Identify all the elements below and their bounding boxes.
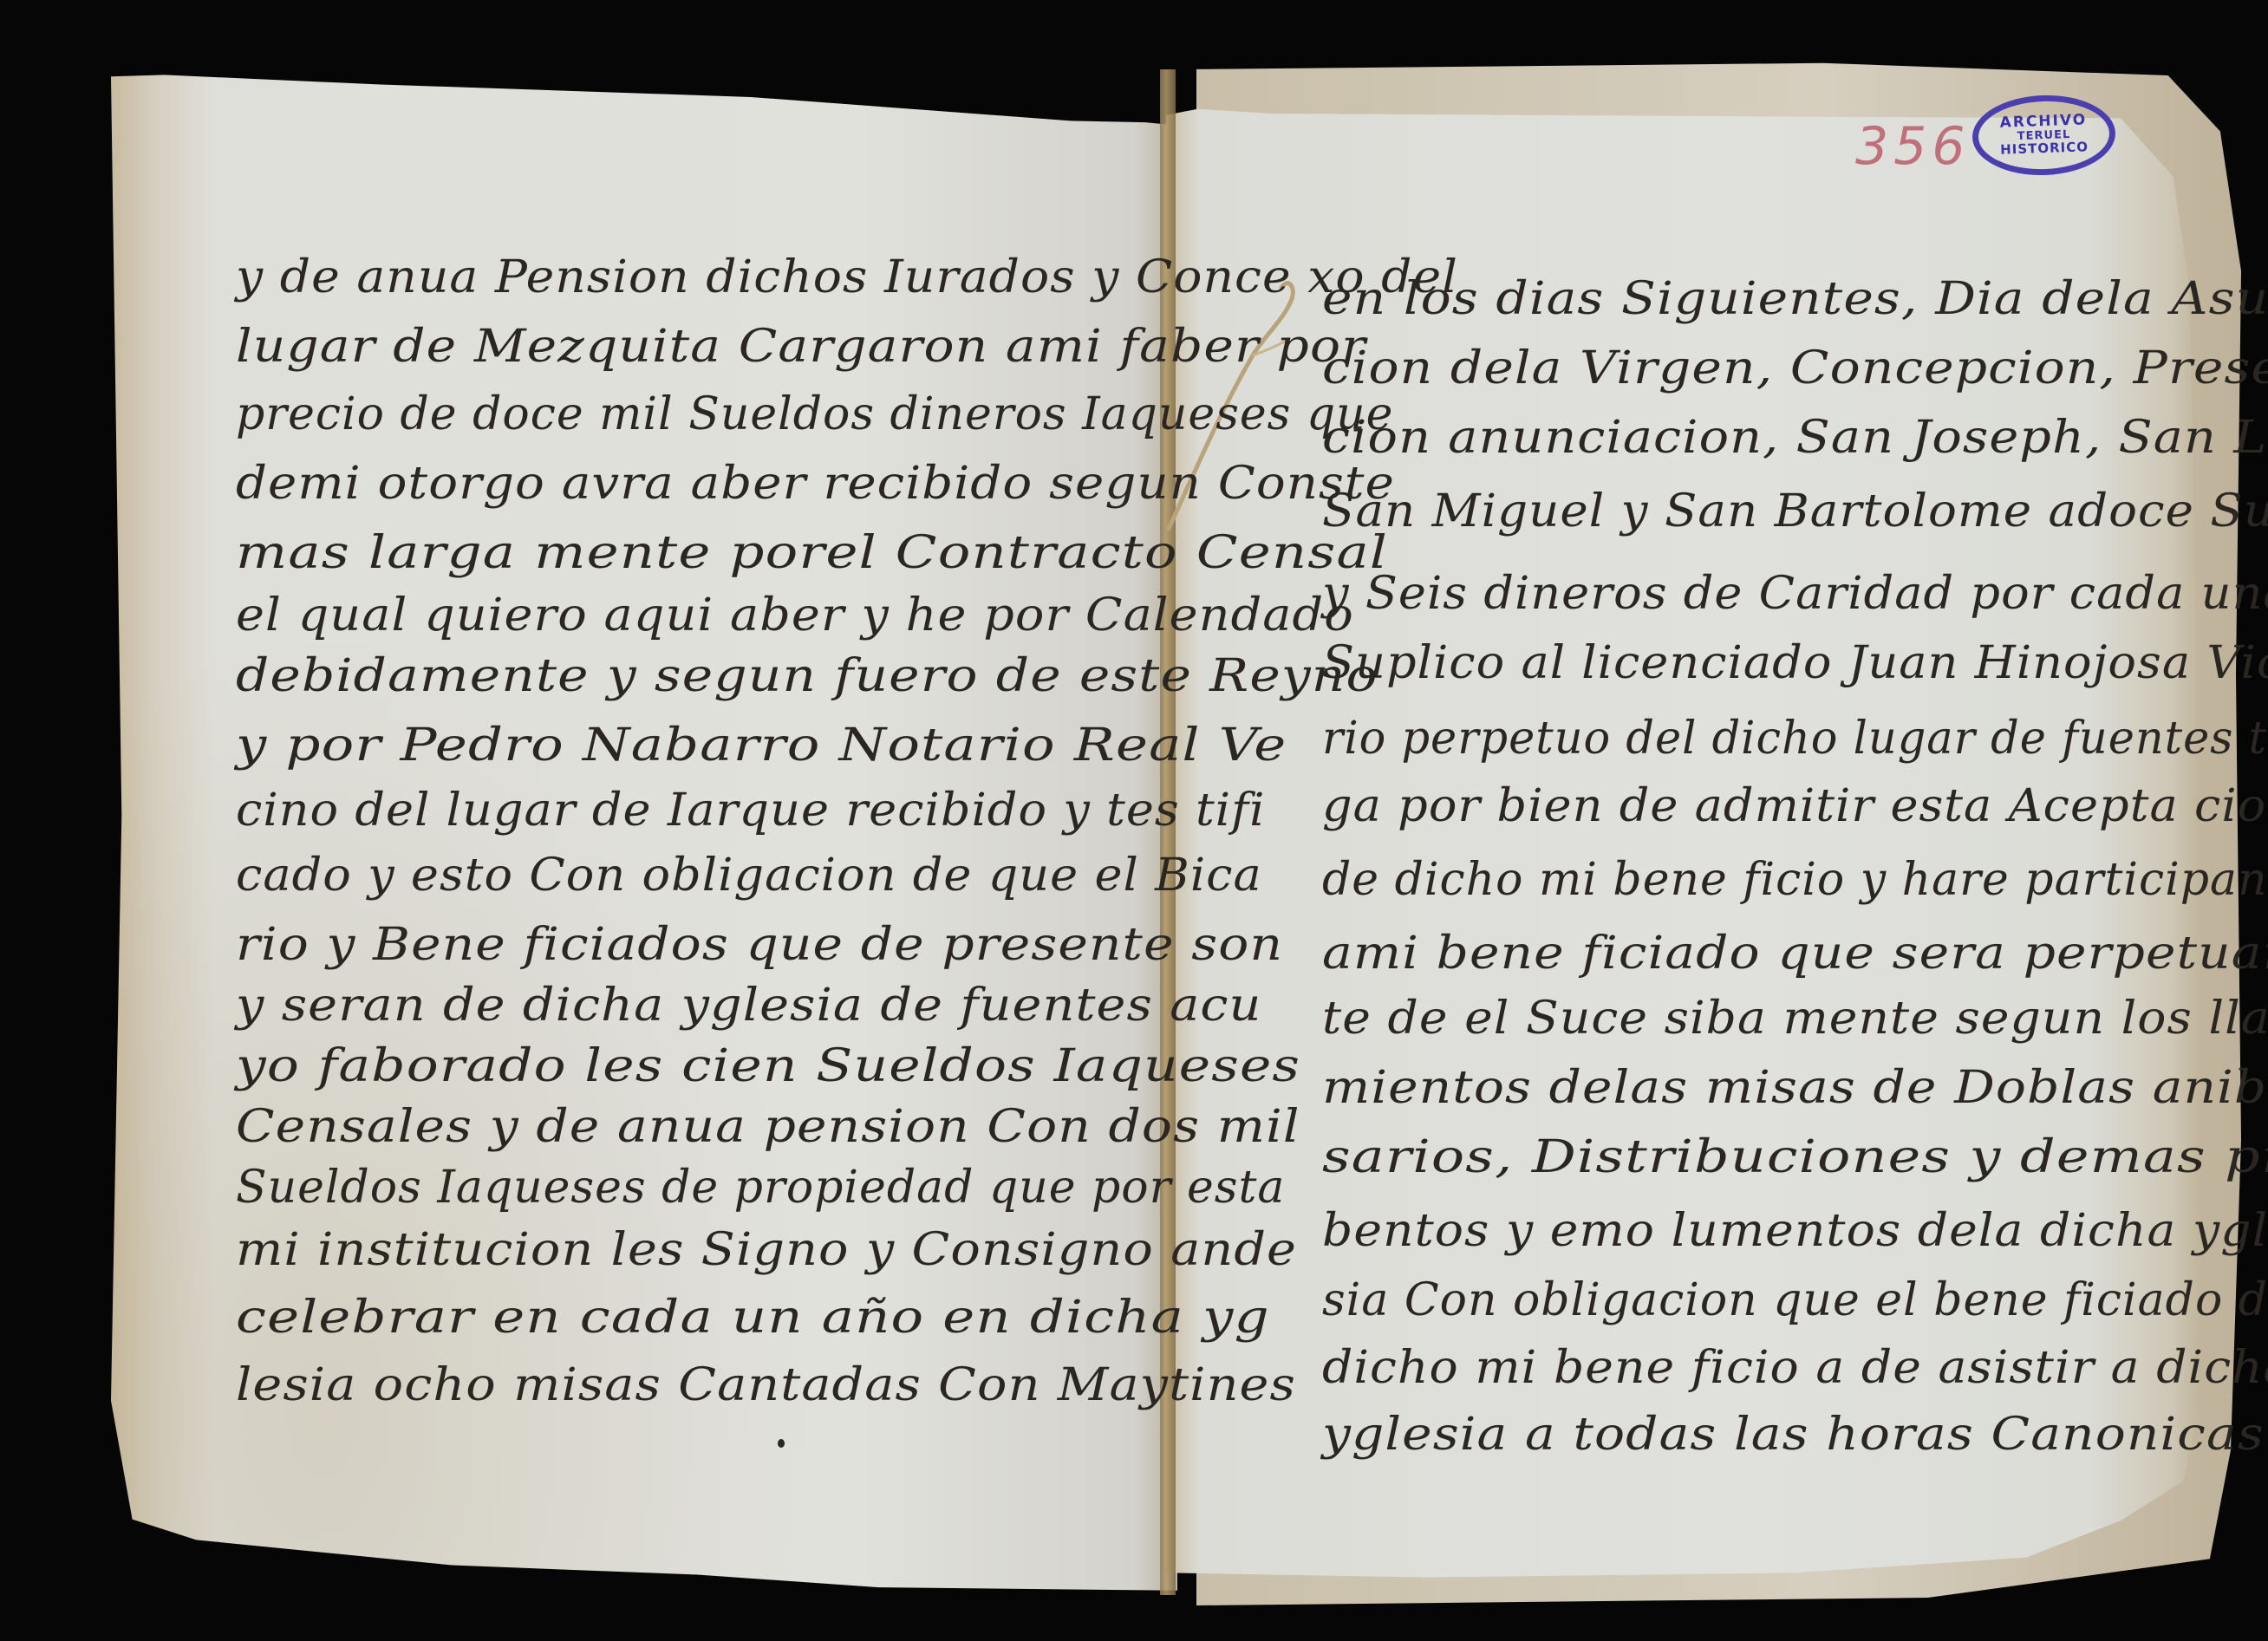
manuscript-line: precio de doce mil Sueldos dineros Iaque… <box>236 388 1393 440</box>
manuscript-line: yglesia a todas las horas Canonicas <box>1322 1409 2265 1461</box>
manuscript-line: de dicho mi bene ficio y hare participan… <box>1322 854 2268 906</box>
manuscript-line: cion dela Virgen, Concepcion, Presenta <box>1322 342 2268 394</box>
manuscript-line: el qual quiero aqui aber y he por Calend… <box>236 589 1354 641</box>
manuscript-line: sarios, Distribuciones y demas pro <box>1322 1131 2268 1183</box>
manuscript-line: Suplico al licenciado Juan Hinojosa Vica <box>1322 637 2268 689</box>
manuscript-line: rio y Bene ficiados que de presente son <box>236 919 1283 971</box>
manuscript-line: y seran de dicha yglesia de fuentes acu <box>236 980 1261 1032</box>
manuscript-line: dicho mi bene ficio a de asistir a dicha <box>1322 1342 2268 1394</box>
manuscript-line: yo faborado les cien Sueldos Iaqueses <box>236 1040 1300 1092</box>
manuscript-line: lesia ocho misas Cantadas Con Maytines <box>236 1359 1296 1411</box>
manuscript-line: celebrar en cada un año en dicha yg <box>236 1292 1270 1344</box>
manuscript-line: y por Pedro Nabarro Notario Real Ve <box>236 720 1287 772</box>
manuscript-line: mi institucion les Signo y Consigno ande <box>236 1224 1297 1276</box>
manuscript-line: y de anua Pension dichos Iurados y Conce… <box>236 251 1458 303</box>
folio-number: 356 <box>1855 116 1971 177</box>
manuscript-line: debidamente y segun fuero de este Reyno <box>236 650 1378 702</box>
manuscript-line: cado y esto Con obligacion de que el Bic… <box>236 850 1262 902</box>
manuscript-line: Censales y de anua pension Con dos mil <box>236 1101 1300 1153</box>
manuscript-line: y Seis dineros de Caridad por cada una y <box>1322 568 2268 620</box>
stamp-line-3: HISTORICO <box>2000 140 2089 157</box>
manuscript-line: sia Con obligacion que el bene ficiado d… <box>1322 1274 2268 1326</box>
manuscript-line: rio perpetuo del dicho lugar de fuentes … <box>1322 713 2268 765</box>
manuscript-line: ami bene ficiado que sera perpetuamen <box>1322 928 2268 980</box>
manuscript-line: cino del lugar de Iarque recibido y tes … <box>236 785 1265 837</box>
manuscript-line: demi otorgo avra aber recibido segun Con… <box>236 458 1395 510</box>
manuscript-line: mas larga mente porel Contracto Censal <box>236 527 1388 579</box>
manuscript-line: en los dias Siguientes, Dia dela Asun <box>1322 273 2268 325</box>
manuscript-line: te de el Suce siba mente segun los llama <box>1322 993 2268 1045</box>
manuscript-line: lugar de Mezquita Cargaron ami faber por <box>236 321 1366 373</box>
manuscript-line: bentos y emo lumentos dela dicha ygle <box>1322 1205 2268 1257</box>
manuscript-line: ga por bien de admitir esta Acepta cion <box>1322 780 2268 832</box>
manuscript-line: mientos delas misas de Doblas aniber <box>1322 1062 2268 1114</box>
manuscript-line: cion anunciacion, San Joseph, San Lucas <box>1322 412 2268 464</box>
manuscript-line: San Miguel y San Bartolome adoce Sueldos <box>1322 485 2268 537</box>
manuscript-line: Sueldos Iaqueses de propiedad que por es… <box>236 1162 1285 1214</box>
ink-dot <box>778 1439 785 1448</box>
